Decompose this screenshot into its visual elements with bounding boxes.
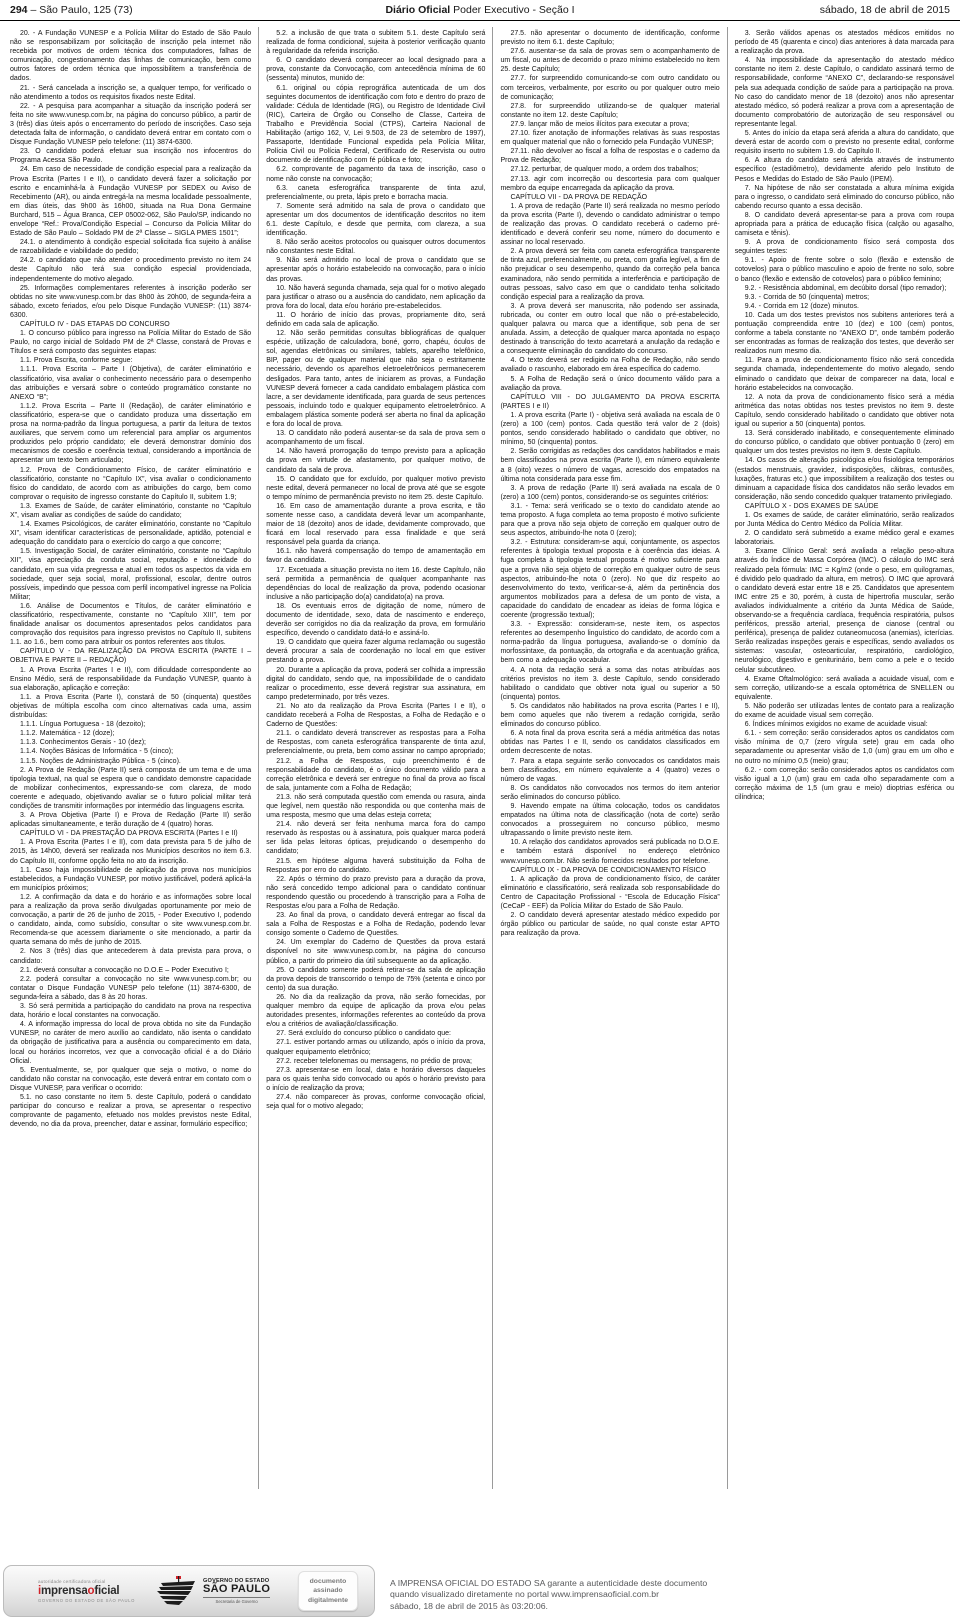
imprensa-oficial-group: autoridade certificadora oficial imprens… (38, 1579, 135, 1603)
paragraph: 1. A Prova Escrita (Partes I e II), com … (10, 838, 251, 865)
paragraph: 15. O candidato que for excluído, por qu… (266, 475, 485, 502)
paragraph: 1. Os exames de saúde, de caráter elimin… (735, 511, 954, 529)
paragraph: 1.6. Análise de Documentos e Títulos, de… (10, 602, 251, 647)
paragraph: 25. O candidato somente poderá retirar-s… (266, 966, 485, 993)
paragraph: 13. Será considerado inabilitado, e cons… (735, 429, 954, 456)
paragraph: 3. Serão válidos apenas os atestados méd… (735, 29, 954, 56)
paragraph: 27.13. agir com incorreção ou descortesi… (500, 175, 719, 193)
paragraph: 3. Exame Clínico Geral: será avaliada a … (735, 547, 954, 674)
text-column-2: 5.2. a inclusão de que trata o subitem 5… (259, 27, 493, 1489)
text-column-4: 3. Serão válidos apenas os atestados méd… (728, 27, 954, 1489)
masthead-title-rest: Poder Executivo - Seção I (453, 4, 574, 16)
edition-info: – São Paulo, 125 (73) (30, 4, 132, 16)
page-header: 294 – São Paulo, 125 (73) Diário Oficial… (0, 0, 960, 21)
paragraph: 6.2. - com correção: serão considerados … (735, 766, 954, 802)
imprensa-oficial-subtitle: GOVERNO DO ESTADO DE SÃO PAULO (38, 1598, 135, 1603)
paragraph: CAPÍTULO IV - DAS ETAPAS DO CONCURSO (10, 320, 251, 329)
page-number-edition: 294 – São Paulo, 125 (73) (10, 4, 133, 16)
paragraph: 24.1. o atendimento à condição especial … (10, 238, 251, 256)
paragraph: 4. Na impossibilidade da apresentação do… (735, 56, 954, 129)
paragraph: 1. A aplicação da prova de condicionamen… (500, 875, 719, 911)
sao-paulo-logo-text: GOVERNO DO ESTADO SÃO PAULO Secretaria d… (203, 1578, 270, 1604)
paragraph: 1.2. A confirmação da data e do horário … (10, 893, 251, 948)
paragraph: 16.1. não haverá compensação do tempo de… (266, 547, 485, 565)
paragraph: 27.2. receber telefonemas ou mensagens, … (266, 1057, 485, 1066)
logo-ficial: ficial (94, 1585, 119, 1597)
paragraph: 21.2. a Folha de Respostas, cujo preench… (266, 757, 485, 793)
paragraph: 27.11. não devolver ao fiscal a folha de… (500, 147, 719, 165)
masthead-title-bold: Diário Oficial (385, 4, 450, 16)
signed-line2: assinado (308, 1586, 348, 1595)
paragraph: 1.1.2. Matemática - 12 (doze); (10, 729, 251, 738)
paragraph: 5.2. a inclusão de que trata o subitem 5… (266, 29, 485, 56)
paragraph: 7. Para a etapa seguinte serão convocado… (500, 757, 719, 784)
paragraph: 21.4. não deverá ser feita nenhuma marca… (266, 820, 485, 856)
certifier-label: autoridade certificadora oficial (38, 1579, 135, 1584)
paragraph: 22. - A pesquisa para acompanhar a situa… (10, 102, 251, 147)
gov-subtitle: Secretaria de Governo (203, 1597, 270, 1604)
paragraph: 1.3. Exames de Saúde, de caráter elimina… (10, 502, 251, 520)
paragraph: 27.1. estiver portando armas ou utilizan… (266, 1038, 485, 1056)
paragraph: 7. Somente será admitido na sala de prov… (266, 202, 485, 238)
paragraph: 10. Não haverá segunda chamada, seja qua… (266, 284, 485, 311)
paragraph: 5. A Folha de Redação será o único docum… (500, 375, 719, 393)
paragraph: 1. O concurso público para ingresso na P… (10, 329, 251, 356)
paragraph: 4. Exame Oftalmológico: será avaliada a … (735, 675, 954, 702)
paragraph: 13. O candidato não poderá ausentar-se d… (266, 429, 485, 447)
paragraph: 24.2. o candidato que não atender o proc… (10, 256, 251, 283)
paragraph: 2. Serão corrigidas as redações dos cand… (500, 447, 719, 483)
paragraph: 5. Não poderão ser utilizadas lentes de … (735, 702, 954, 720)
paragraph: 2. A Prova de Redação (Parte II) será co… (10, 766, 251, 811)
paragraph: 9.4. - Corrida em 12 (doze) minutos. (735, 302, 954, 311)
sao-paulo-state-emblem-icon (157, 1576, 199, 1606)
paragraph: 6.3. caneta esferográfica transparente d… (266, 184, 485, 202)
paragraph: 5.1. no caso constante no item 5. deste … (10, 1093, 251, 1129)
paragraph: 9.3. - Corrida de 50 (cinquenta) metros; (735, 293, 954, 302)
paragraph: 4. O texto deverá ser redigido na Folha … (500, 356, 719, 374)
paragraph: 6. A altura do candidato será aferida at… (735, 156, 954, 183)
signed-line1: documento (308, 1577, 348, 1586)
paragraph: 14. Não haverá prorrogação do tempo prev… (266, 447, 485, 474)
paragraph: 27.3. apresentar-se em local, data e hor… (266, 1066, 485, 1093)
paragraph: 6. Índices mínimos exigidos no exame de … (735, 720, 954, 729)
paragraph: 5. Antes do início da etapa será aferida… (735, 129, 954, 156)
paragraph: 27.7. for surpreendido comunicando-se co… (500, 74, 719, 101)
paragraph: 6.2. comprovante de pagamento da taxa de… (266, 165, 485, 183)
paragraph: 2. O candidato será submetido a exame mé… (735, 529, 954, 547)
paragraph: 23. Ao final da prova, o candidato dever… (266, 911, 485, 938)
paragraph: 1. A Prova Escrita (Partes I e II), com … (10, 666, 251, 693)
digitally-signed-badge: documento assinado digitalmente (298, 1571, 358, 1611)
paragraph: 8. Os candidatos não convocados nos term… (500, 784, 719, 802)
paragraph: CAPÍTULO X - DOS EXAMES DE SAÚDE (735, 502, 954, 511)
issue-date: sábado, 18 de abril de 2015 (820, 4, 950, 16)
paragraph: 23. O candidato poderá efetuar sua inscr… (10, 147, 251, 165)
paragraph: 12. A nota da prova de condicionamento f… (735, 393, 954, 429)
paragraph: 24. Em caso de necessidade de condição e… (10, 165, 251, 238)
text-column-1: 20. - A Fundação VUNESP e a Polícia Mili… (10, 27, 259, 1489)
paragraph: 9.2. - Resistência abdominal, em decúbit… (735, 284, 954, 293)
paragraph: 1.1.1. Língua Portuguesa - 18 (dezoito); (10, 720, 251, 729)
paragraph: 2. A prova deverá ser feita com caneta e… (500, 247, 719, 302)
paragraph: 1.1.3. Conhecimentos Gerais - 10 (dez); (10, 738, 251, 747)
article-body: 20. - A Fundação VUNESP e a Polícia Mili… (10, 27, 954, 1489)
auth-line1: A IMPRENSA OFICIAL DO ESTADO SA garante … (390, 1578, 810, 1589)
page-number: 294 (10, 4, 28, 16)
paragraph: 16. Em caso de amamentação durante a pro… (266, 502, 485, 547)
paragraph: 3.3. - Expressão: consideram-se, neste i… (500, 620, 719, 665)
paragraph: 5. Os candidatos não habilitados na prov… (500, 702, 719, 729)
paragraph: 2. Nos 3 (três) dias que antecederem à d… (10, 947, 251, 965)
paragraph: 27.4. não comparecer às provas, conforme… (266, 1093, 485, 1111)
paragraph: 9. Não será admitido no local de prova o… (266, 256, 485, 283)
paragraph: 20. - A Fundação VUNESP e a Polícia Mili… (10, 29, 251, 84)
paragraph: 21. No ato da realização da Prova Escrit… (266, 702, 485, 729)
paragraph: 1.5. Investigação Social, de caráter eli… (10, 547, 251, 602)
paragraph: 26. No dia da realização da prova, não s… (266, 993, 485, 1029)
paragraph: 12. Não serão permitidas consultas bibli… (266, 329, 485, 429)
paragraph: 11. O horário de início das provas, prop… (266, 311, 485, 329)
sao-paulo-government-logo: GOVERNO DO ESTADO SÃO PAULO Secretaria d… (157, 1576, 270, 1606)
paragraph: CAPÍTULO V - DA REALIZAÇÃO DA PROVA ESCR… (10, 647, 251, 665)
paragraph: 3.1. - Tema: será verificado se o texto … (500, 502, 719, 538)
paragraph: 2.1. deverá consultar a convocação no D.… (10, 966, 251, 975)
paragraph: 21.1. o candidato deverá transcrever as … (266, 729, 485, 756)
paragraph: 1.1. Prova Escrita, conforme segue: (10, 356, 251, 365)
paragraph: 1.1. Caso haja impossibilidade de aplica… (10, 866, 251, 893)
paragraph: CAPÍTULO IX - DA PROVA DE CONDICIONAMENT… (500, 866, 719, 875)
paragraph: 4. A nota da redação será a soma das not… (500, 666, 719, 702)
paragraph: 1.4. Exames Psicológicos, de caráter eli… (10, 520, 251, 547)
paragraph: 17. Excetuada a situação prevista no ite… (266, 566, 485, 602)
paragraph: 3. A prova deverá ser manuscrita, não po… (500, 302, 719, 357)
paragraph: 19. O candidato que queira fazer alguma … (266, 638, 485, 665)
paragraph: 27. Será excluído do concurso público o … (266, 1029, 485, 1038)
paragraph: 3. Só será permitida a participação do c… (10, 1002, 251, 1020)
paragraph: 9. A prova de condicionamento físico ser… (735, 238, 954, 256)
paragraph: 6.1. original ou cópia reprográfica aute… (266, 84, 485, 166)
paragraph: 1. A prova escrita (Parte I) - objetiva … (500, 411, 719, 447)
paragraph: 27.10. fizer anotação de informações rel… (500, 129, 719, 147)
paragraph: 27.8. for surpreendido utilizando-se de … (500, 102, 719, 120)
gov-line2: SÃO PAULO (203, 1584, 270, 1595)
logo-mprensa: mprensa (41, 1585, 88, 1597)
paragraph: 22. Após o término do prazo previsto par… (266, 875, 485, 911)
paragraph: 21.3. não será computada questão com eme… (266, 793, 485, 820)
auth-line2: quando visualizado diretamente no portal… (390, 1589, 810, 1600)
paragraph: CAPÍTULO VIII - DO JULGAMENTO DA PROVA E… (500, 393, 719, 411)
paragraph: 5. Eventualmente, se, por qualquer que s… (10, 1066, 251, 1093)
paragraph: 8. Não serão aceitos protocolos ou quais… (266, 238, 485, 256)
paragraph: CAPÍTULO VI - DA PRESTAÇÃO DA PROVA ESCR… (10, 829, 251, 838)
paragraph: 18. Os eventuais erros de digitação de n… (266, 602, 485, 638)
paragraph: 7. Na hipótese de não ser constatada a a… (735, 184, 954, 211)
paragraph: 2. O candidato deverá apresentar atestad… (500, 911, 719, 938)
masthead-title: Diário Oficial Poder Executivo - Seção I (0, 4, 960, 16)
paragraph: 2.2. poderá consultar a convocação no si… (10, 975, 251, 1002)
paragraph: 1.1.1. Prova Escrita – Parte I (Objetiva… (10, 365, 251, 401)
paragraph: 21. - Será cancelada a inscrição se, a q… (10, 84, 251, 102)
paragraph: 3. A prova de redação (Parte II) será av… (500, 484, 719, 502)
paragraph: 20. Durante a aplicação da prova, poderá… (266, 666, 485, 702)
paragraph: 14. Os casos de alteração psicológica e/… (735, 456, 954, 501)
paragraph: 1.1.5. Noções de Administração Pública -… (10, 757, 251, 766)
authenticity-statement: A IMPRENSA OFICIAL DO ESTADO SA garante … (390, 1578, 810, 1612)
paragraph: 24. Um exemplar do Caderno de Questões d… (266, 938, 485, 965)
paragraph: 1.2. Prova de Condicionamento Físico, de… (10, 466, 251, 502)
paragraph: CAPÍTULO VII - DA PROVA DE REDAÇÃO (500, 193, 719, 202)
paragraph: 1.1.2. Prova Escrita – Parte II (Redação… (10, 402, 251, 466)
paragraph: 21.5. em hipótese alguma haverá substitu… (266, 857, 485, 875)
paragraph: 6. O candidato deverá comparecer ao loca… (266, 56, 485, 83)
paragraph: 3.2. - Estrutura: consideram-se aqui, co… (500, 538, 719, 620)
paragraph: 1. A prova de redação (Parte II) será re… (500, 202, 719, 247)
paragraph: 4. A informação impressa do local de pro… (10, 1020, 251, 1065)
auth-line3: sábado, 18 de abril de 2015 às 03:20:06. (390, 1601, 810, 1612)
imprensa-oficial-logo: imprensaoficial (38, 1585, 135, 1597)
paragraph: 6. A nota final da prova escrita será a … (500, 729, 719, 756)
paragraph: 9. Havendo empate na última colocação, t… (500, 802, 719, 838)
paragraph: 1.1.4. Noções Básicas de Informática - 5… (10, 747, 251, 756)
paragraph: 10. A relação dos candidatos aprovados s… (500, 838, 719, 865)
paragraph: 11. Para a prova de condicionamento físi… (735, 356, 954, 392)
paragraph: 1.1. a Prova Escrita (Parte I), constará… (10, 693, 251, 720)
paragraph: 25. Informações complementares referente… (10, 284, 251, 320)
signed-line3: digitalmente (308, 1596, 348, 1605)
certification-box: autoridade certificadora oficial imprens… (3, 1565, 375, 1617)
paragraph: 27.6. ausentar-se da sala de provas sem … (500, 47, 719, 74)
paragraph: 3. A Prova Objetiva (Parte I) e Prova de… (10, 811, 251, 829)
text-column-3: 27.5. não apresentar o documento de iden… (493, 27, 727, 1489)
paragraph: 10. Cada um dos testes previstos nos sub… (735, 311, 954, 356)
paragraph: 8. O candidato deverá apresentar-se para… (735, 211, 954, 238)
paragraph: 6.1. - sem correção: serão considerados … (735, 729, 954, 765)
paragraph: 27.5. não apresentar o documento de iden… (500, 29, 719, 47)
paragraph: 9.1. - Apoio de frente sobre o solo (fle… (735, 256, 954, 283)
paragraph: 27.12. perturbar, de qualquer modo, a or… (500, 165, 719, 174)
paragraph: 27.9. lançar mão de meios ilícitos para … (500, 120, 719, 129)
